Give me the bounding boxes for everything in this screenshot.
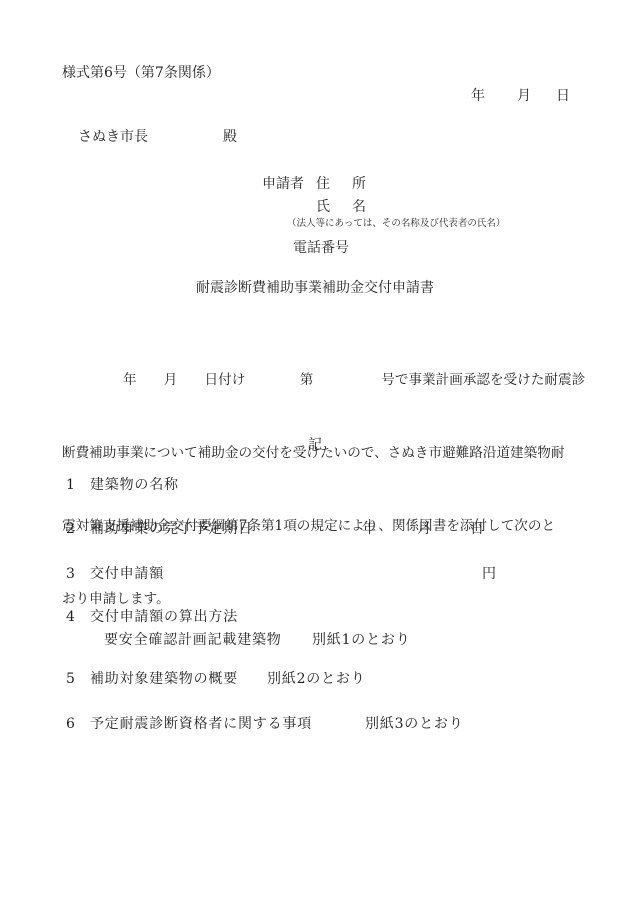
item-5-value: 別紙2のとおり bbox=[267, 672, 366, 686]
applicant-label: 申請者 bbox=[262, 177, 304, 191]
date-month-label: 月 bbox=[517, 89, 531, 103]
record-mark: 記 bbox=[0, 438, 630, 452]
item-6-number: 6 bbox=[66, 717, 75, 731]
document-title: 耐震診断費補助事業補助金交付申請書 bbox=[0, 281, 630, 295]
applicant-name-label: 氏 名 bbox=[316, 200, 370, 214]
item-4-sub-label: 要安全確認計画記載建築物 bbox=[104, 633, 282, 647]
addressee-name: さぬき市長 bbox=[78, 130, 148, 144]
addressee-honorific: 殿 bbox=[223, 130, 237, 144]
item-3-number: 3 bbox=[66, 567, 75, 581]
item-4-sub-value: 別紙1のとおり bbox=[312, 633, 411, 647]
item-2-year-label: 年 bbox=[362, 522, 376, 536]
item-3-unit-label: 円 bbox=[482, 567, 496, 581]
item-1-number: 1 bbox=[66, 478, 75, 492]
date-year-label: 年 bbox=[471, 89, 485, 103]
applicant-address-label: 住 所 bbox=[316, 177, 370, 191]
item-3: 3 交付申請額 円 bbox=[0, 567, 630, 585]
item-4-number: 4 bbox=[66, 610, 75, 624]
item-2: 2 補助事業の完了予定期日 年 月 日 bbox=[0, 522, 630, 540]
item-3-label: 交付申請額 bbox=[90, 567, 164, 581]
item-2-month-label: 月 bbox=[417, 522, 431, 536]
item-2-number: 2 bbox=[66, 522, 75, 536]
item-6: 6 予定耐震診断資格者に関する事項 別紙3のとおり bbox=[0, 717, 630, 735]
item-5-label: 補助対象建築物の概要 bbox=[90, 672, 238, 686]
item-2-day-label: 日 bbox=[470, 522, 484, 536]
form-number: 様式第6号（第7条関係） bbox=[62, 66, 220, 80]
item-2-label: 補助事業の完了予定期日 bbox=[90, 522, 253, 536]
phone-label: 電話番号 bbox=[293, 241, 349, 255]
application-form-page: 様式第6号（第7条関係） 年 月 日 さぬき市長 殿 申請者 住 所 氏 名 （… bbox=[0, 0, 630, 903]
corporate-note: （法人等にあっては、その名称及び代表者の氏名） bbox=[287, 219, 505, 229]
item-4-label: 交付申請額の算出方法 bbox=[90, 610, 238, 624]
date-day-label: 日 bbox=[556, 89, 570, 103]
body-line-1: 年 月 日付け 第 号で事業計画承認を受けた耐震診 bbox=[62, 368, 575, 392]
item-6-label: 予定耐震診断資格者に関する事項 bbox=[90, 717, 312, 731]
item-6-value: 別紙3のとおり bbox=[365, 717, 464, 731]
item-4: 4 交付申請額の算出方法 bbox=[0, 610, 630, 628]
item-1-label: 建築物の名称 bbox=[90, 478, 179, 492]
item-5: 5 補助対象建築物の概要 別紙2のとおり bbox=[0, 672, 630, 690]
item-5-number: 5 bbox=[66, 672, 75, 686]
item-4-sub: 要安全確認計画記載建築物 別紙1のとおり bbox=[0, 633, 630, 651]
item-1: 1 建築物の名称 bbox=[0, 478, 630, 496]
